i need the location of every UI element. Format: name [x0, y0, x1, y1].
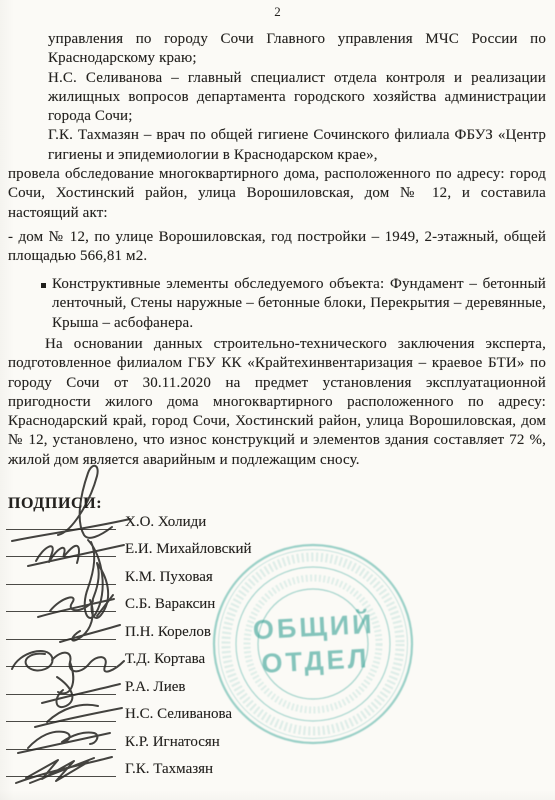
signatory-name: Н.С. Селиванова — [125, 706, 232, 722]
signature-row: К.Р. Игнатосян — [6, 734, 220, 750]
conclusion-paragraph: На основании данных строительно-техничес… — [8, 335, 546, 470]
signature-line — [6, 596, 116, 612]
signatory-name: С.Б. Вараксин — [125, 596, 215, 612]
signatures-heading: ПОДПИСИ: — [8, 495, 102, 513]
house-description-paragraph: - дом № 12, по улице Ворошиловская, год … — [8, 228, 546, 267]
round-stamp: ОБЩИЙ ОТДЕЛ — [203, 540, 427, 752]
stamp-microtext-ring-outer — [226, 557, 400, 731]
signature-row: С.Б. Вараксин — [6, 596, 215, 612]
signature-line — [6, 569, 116, 585]
signature-row: К.М. Пуховая — [6, 569, 213, 585]
stamp-outer-ring-inner-edge — [219, 550, 408, 739]
signatory-name: Г.К. Тахмазян — [125, 761, 213, 777]
signature-row: Г.К. Тахмазян — [6, 761, 213, 777]
signature-line — [6, 514, 116, 530]
survey-paragraph: провела обследование многоквартирного до… — [8, 165, 546, 223]
bullet-text: Конструктивные элементы обследуемого объ… — [52, 276, 546, 331]
stamp-text-line1: ОБЩИЙ — [252, 608, 375, 645]
signature-line — [6, 761, 116, 777]
signatory-name: П.Н. Корелов — [125, 624, 211, 640]
member-entry: Г.К. Тахмазян – врач по общей гигиене Со… — [48, 126, 546, 165]
signatory-name: Т.Д. Кортава — [125, 651, 205, 667]
signatory-name: Р.А. Лиев — [125, 679, 186, 695]
page-number: 2 — [0, 4, 555, 20]
signature-line — [6, 651, 116, 667]
signature-row: Н.С. Селиванова — [6, 706, 232, 722]
stamp-middle-ring — [236, 567, 390, 721]
structural-elements-bullet: Конструктивные элементы обследуемого объ… — [8, 275, 546, 333]
signature-row: Р.А. Лиев — [6, 679, 186, 695]
signatory-name: Е.И. Михайловский — [125, 541, 252, 557]
signature-line — [6, 541, 116, 557]
stamp-inner-ring — [258, 589, 368, 699]
signature-line — [6, 706, 116, 722]
signature-row: П.Н. Корелов — [6, 624, 211, 640]
signatory-name: К.М. Пуховая — [125, 569, 213, 585]
member-entry: управления по городу Сочи Главного управ… — [48, 30, 546, 69]
signature-line — [6, 734, 116, 750]
scanned-document-page: 2 управления по городу Сочи Главного упр… — [0, 0, 555, 800]
member-entry: Н.С. Селиванова – главный специалист отд… — [48, 69, 546, 127]
stamp-text-line2: ОТДЕЛ — [261, 643, 370, 679]
signature-line — [6, 624, 116, 640]
stamp-outer-ring — [214, 545, 412, 743]
signature-row: Е.И. Михайловский — [6, 541, 252, 557]
square-bullet-icon — [41, 283, 46, 288]
signature-row: Т.Д. Кортава — [6, 651, 205, 667]
signatory-name: К.Р. Игнатосян — [125, 734, 220, 750]
commission-members-block: управления по городу Сочи Главного управ… — [8, 30, 546, 165]
signatory-name: Х.О. Холиди — [125, 514, 206, 530]
signature-row: Х.О. Холиди — [6, 514, 206, 530]
stamp-microtext-ring-inner — [247, 578, 379, 710]
signature-line — [6, 679, 116, 695]
